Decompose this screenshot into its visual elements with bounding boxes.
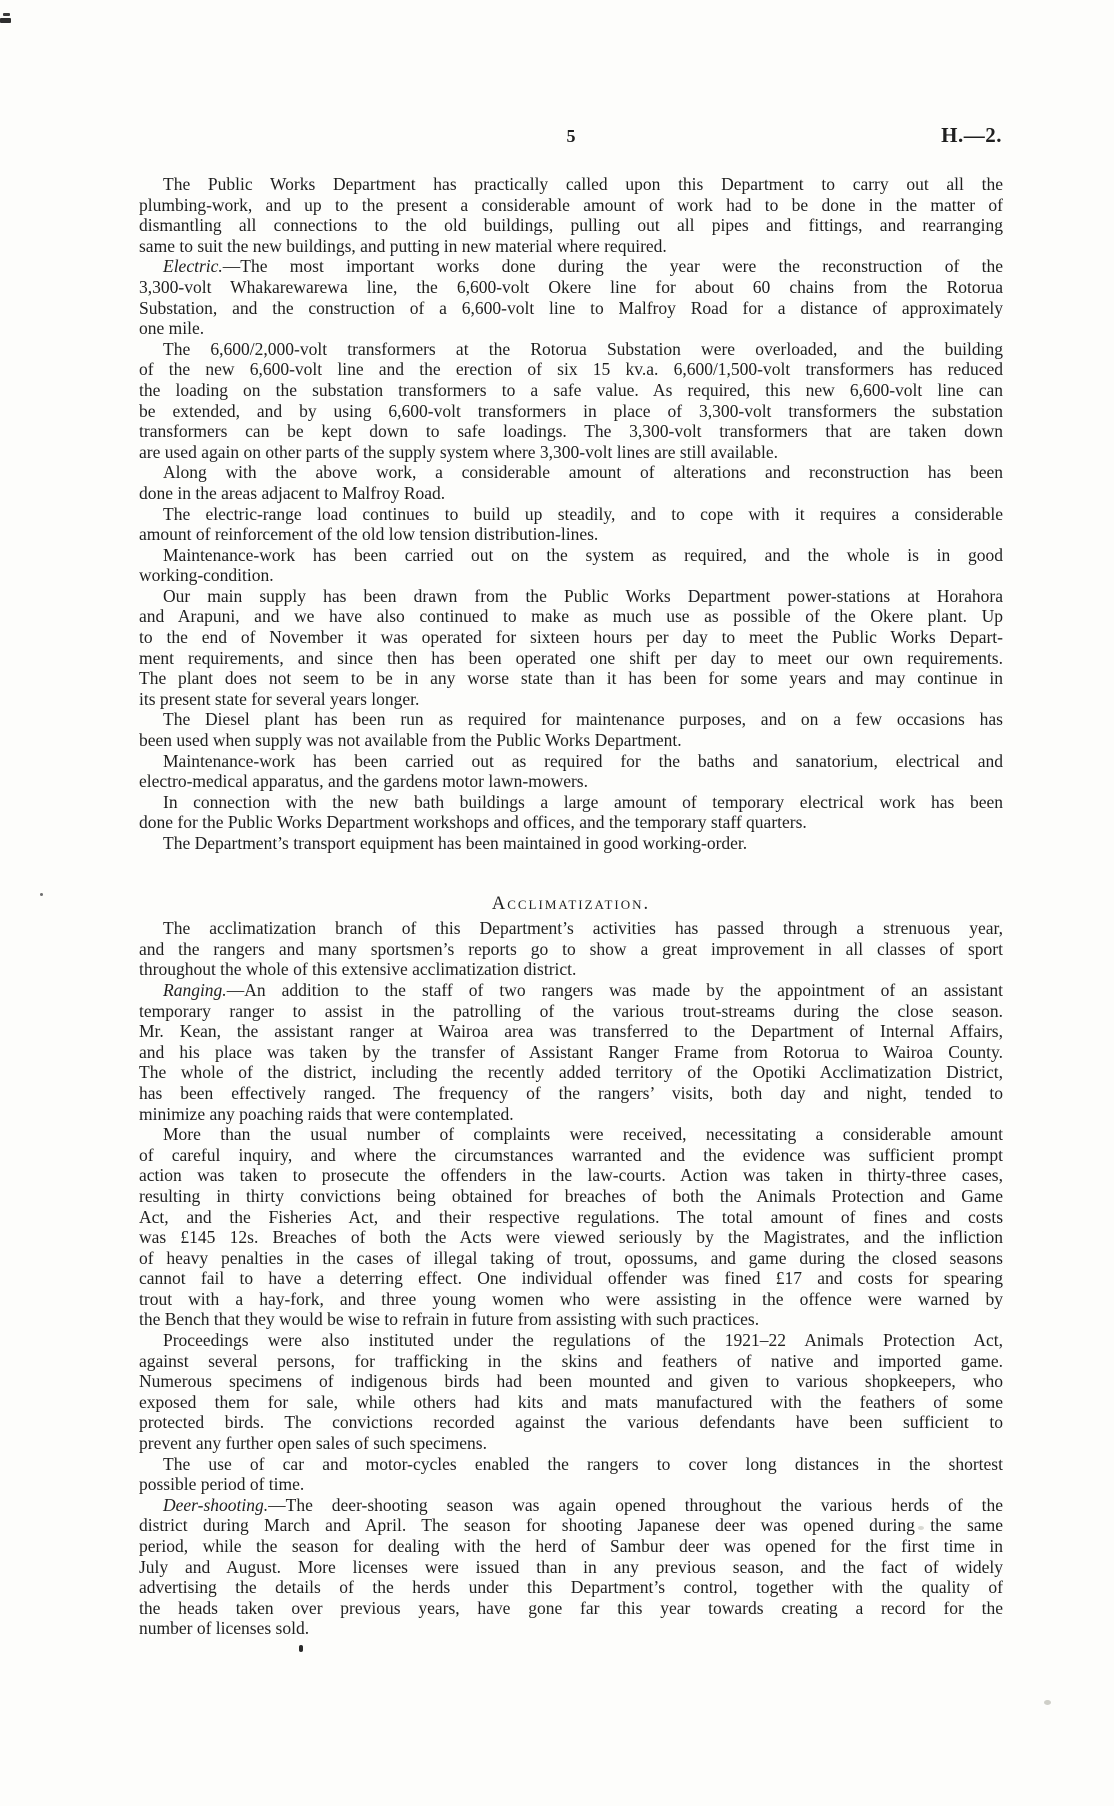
text-line: The use of car and motor-cycles enabled … (139, 1454, 1003, 1475)
paragraph: The Public Works Department has practica… (139, 174, 1003, 256)
text-line: prevent any further open sales of such s… (139, 1433, 1003, 1454)
text-block: The Public Works Department has practica… (139, 174, 1003, 1639)
paragraph: Proceedings were also instituted under t… (139, 1330, 1003, 1454)
text-line: Deer-shooting.—The deer-shooting season … (139, 1495, 1003, 1516)
paragraph: Our main supply has been drawn from the … (139, 586, 1003, 710)
text-line: Our main supply has been drawn from the … (139, 586, 1003, 607)
paragraph: The 6,600/2,000-volt transformers at the… (139, 339, 1003, 463)
text-line: Maintenance-work has been carried out on… (139, 545, 1003, 566)
section: Acclimatization.The acclimatization bran… (139, 894, 1003, 1639)
scan-artifact-smudge (918, 1526, 924, 1530)
text-line: the loading on the substation transforme… (139, 380, 1003, 401)
paragraph: In connection with the new bath building… (139, 792, 1003, 833)
text-line: 3,300-volt Whakarewarewa line, the 6,600… (139, 277, 1003, 298)
text-line: are used again on other parts of the sup… (139, 442, 1003, 463)
text-line: exposed them for sale, while others had … (139, 1392, 1003, 1413)
text-line: to the end of November it was operated f… (139, 627, 1003, 648)
document-reference: H.—2. (941, 122, 1002, 148)
paragraph: Along with the above work, a considerabl… (139, 462, 1003, 503)
text-line: Maintenance-work has been carried out as… (139, 751, 1003, 772)
text-line: In connection with the new bath building… (139, 792, 1003, 813)
paragraph: The Department’s transport equipment has… (139, 833, 1003, 854)
text-line: The plant does not seem to be in any wor… (139, 668, 1003, 689)
text-line: The acclimatization branch of this Depar… (139, 918, 1003, 939)
section: The Public Works Department has practica… (139, 174, 1003, 854)
scan-artifact-dot-bottom (299, 1645, 303, 1652)
text-line: been used when supply was not available … (139, 730, 1003, 751)
text-line: one mile. (139, 318, 1003, 339)
paragraph: The use of car and motor-cycles enabled … (139, 1454, 1003, 1495)
text-line: trout with a hay-fork, and three young w… (139, 1289, 1003, 1310)
paragraph: More than the usual number of complaints… (139, 1124, 1003, 1330)
text-line: against several persons, for trafficking… (139, 1351, 1003, 1372)
paragraph: The Diesel plant has been run as require… (139, 709, 1003, 750)
paragraph: Maintenance-work has been carried out on… (139, 545, 1003, 586)
paragraph: The electric-range load continues to bui… (139, 504, 1003, 545)
text-line: Mr. Kean, the assistant ranger at Wairoa… (139, 1021, 1003, 1042)
text-line: resulting in thirty convictions being ob… (139, 1186, 1003, 1207)
text-line: of careful inquiry, and where the circum… (139, 1145, 1003, 1166)
text-line: number of licenses sold. (139, 1618, 1003, 1639)
text-line: Substation, and the construction of a 6,… (139, 298, 1003, 319)
text-line: ment requirements, and since then has be… (139, 648, 1003, 669)
text-line: be extended, and by using 6,600-volt tra… (139, 401, 1003, 422)
text-line: was £145 12s. Breaches of both the Acts … (139, 1227, 1003, 1248)
scan-artifact-smudge (1044, 1700, 1051, 1705)
text-line: of the new 6,600-volt line and the erect… (139, 359, 1003, 380)
text-line: plumbing-work, and up to the present a c… (139, 195, 1003, 216)
text-line: amount of reinforcement of the old low t… (139, 524, 1003, 545)
text-line: its present state for several years long… (139, 689, 1003, 710)
text-line: transformers can be kept down to safe lo… (139, 421, 1003, 442)
text-line: The Public Works Department has practica… (139, 174, 1003, 195)
text-line: minimize any poaching raids that were co… (139, 1104, 1003, 1125)
text-line: has been effectively ranged. The frequen… (139, 1083, 1003, 1104)
italic-lead: Deer-shooting. (163, 1495, 268, 1515)
italic-lead: Ranging. (163, 980, 227, 1000)
text-line: district during March and April. The sea… (139, 1515, 1003, 1536)
italic-lead: Electric. (163, 256, 223, 276)
text-line: Along with the above work, a considerabl… (139, 462, 1003, 483)
text-line: advertising the details of the herds und… (139, 1577, 1003, 1598)
text-line: action was taken to prosecute the offend… (139, 1165, 1003, 1186)
scan-artifact-corner (0, 12, 14, 26)
text-line: done in the areas adjacent to Malfroy Ro… (139, 483, 1003, 504)
paragraph: Electric.—The most important works done … (139, 256, 1003, 338)
text-line: dismantling all connections to the old b… (139, 215, 1003, 236)
document-page: 5 H.—2. The Public Works Department has … (0, 0, 1114, 1806)
text-line: same to suit the new buildings, and putt… (139, 236, 1003, 257)
text-line: working-condition. (139, 565, 1003, 586)
text-line: July and August. More licenses were issu… (139, 1557, 1003, 1578)
text-line: the Bench that they would be wise to ref… (139, 1309, 1003, 1330)
text-line: and his place was taken by the transfer … (139, 1042, 1003, 1063)
text-line: electro-medical apparatus, and the garde… (139, 771, 1003, 792)
text-line: done for the Public Works Department wor… (139, 812, 1003, 833)
paragraph: The acclimatization branch of this Depar… (139, 918, 1003, 980)
text-line: Ranging.—An addition to the staff of two… (139, 980, 1003, 1001)
text-line: cannot fail to have a deterring effect. … (139, 1268, 1003, 1289)
text-line: Numerous specimens of indigenous birds h… (139, 1371, 1003, 1392)
text-line: The Diesel plant has been run as require… (139, 709, 1003, 730)
text-line: throughout the whole of this extensive a… (139, 959, 1003, 980)
text-line: Act, and the Fisheries Act, and their re… (139, 1207, 1003, 1228)
text-line: The 6,600/2,000-volt transformers at the… (139, 339, 1003, 360)
paragraph: Ranging.—An addition to the staff of two… (139, 980, 1003, 1124)
scan-artifact-dot-left (40, 893, 43, 896)
text-line: temporary ranger to assist in the patrol… (139, 1001, 1003, 1022)
text-line: of heavy penalties in the cases of illeg… (139, 1248, 1003, 1269)
text-line: protected birds. The convictions recorde… (139, 1412, 1003, 1433)
page-number: 5 (139, 126, 1003, 146)
text-line: The whole of the district, including the… (139, 1062, 1003, 1083)
text-line: The Department’s transport equipment has… (139, 833, 1003, 854)
section-heading: Acclimatization. (139, 894, 1003, 915)
text-line: possible period of time. (139, 1474, 1003, 1495)
text-line: The electric-range load continues to bui… (139, 504, 1003, 525)
text-line: Electric.—The most important works done … (139, 256, 1003, 277)
text-line: and the rangers and many sportsmen’s rep… (139, 939, 1003, 960)
paragraph: Maintenance-work has been carried out as… (139, 751, 1003, 792)
text-line: period, while the season for dealing wit… (139, 1536, 1003, 1557)
text-line: and Arapuni, and we have also continued … (139, 606, 1003, 627)
paragraph: Deer-shooting.—The deer-shooting season … (139, 1495, 1003, 1639)
text-line: More than the usual number of complaints… (139, 1124, 1003, 1145)
text-line: the heads taken over previous years, hav… (139, 1598, 1003, 1619)
text-line: Proceedings were also instituted under t… (139, 1330, 1003, 1351)
